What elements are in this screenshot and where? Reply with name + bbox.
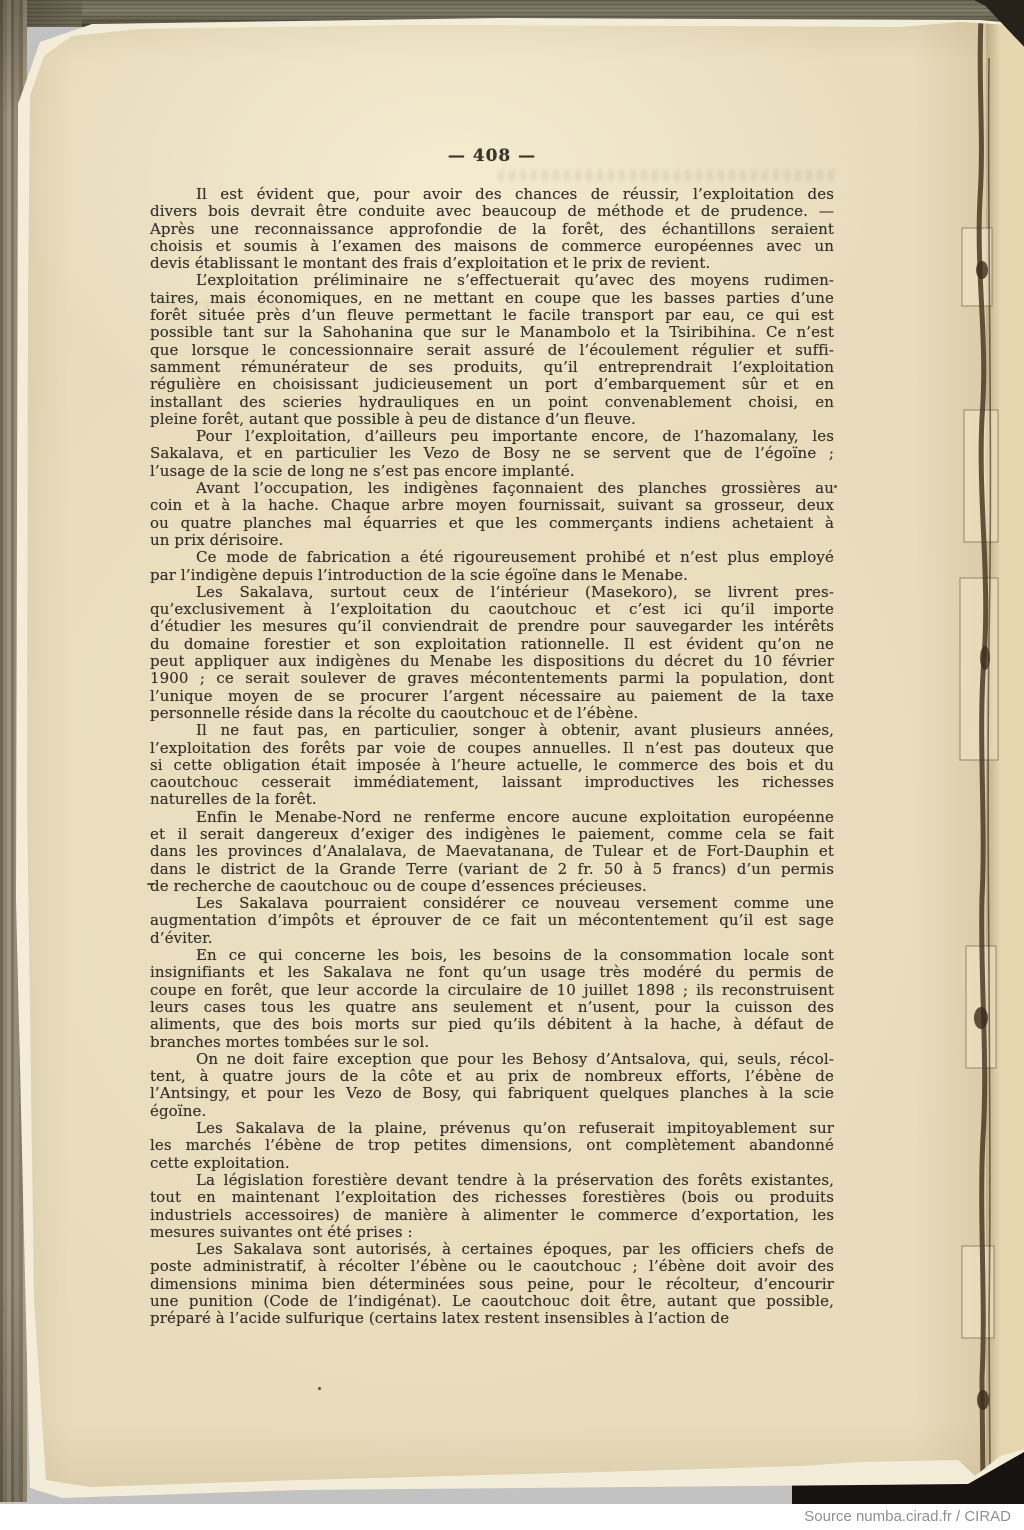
paragraph: Avant l’occupation, les indigènes façonn… — [150, 480, 834, 549]
page-number: — 408 — — [150, 146, 834, 166]
text-line: industriels accessoires) de manière à al… — [150, 1207, 834, 1224]
paragraph: Ce mode de fabrication a été rigoureusem… — [150, 549, 834, 584]
text-line: Avant l’occupation, les indigènes façonn… — [150, 480, 834, 497]
text-line: les marchés l’ébène de trop petites dime… — [150, 1137, 834, 1154]
book-scan: — 408 — Il est évident que, pour avoir d… — [0, 0, 1024, 1530]
text-line: leurs cases tous les quatre ans seulemen… — [150, 999, 834, 1016]
text-line: de recherche de caoutchouc ou de coupe d… — [150, 878, 834, 895]
text-line: coin et à la hache. Chaque arbre moyen f… — [150, 497, 834, 514]
text-line: branches mortes tombées sur le sol. — [150, 1034, 834, 1051]
text-line: possible tant sur la Sahohanina que sur … — [150, 324, 834, 341]
paragraph: En ce qui concerne les bois, les besoins… — [150, 947, 834, 1051]
ink-speck — [834, 485, 837, 488]
text-line: personnelle réside dans la récolte du ca… — [150, 705, 834, 722]
text-line: cette exploitation. — [150, 1155, 834, 1172]
text-line: samment rémunérateur de ses produits, qu… — [150, 359, 834, 376]
source-credit: Source numba.cirad.fr / CIRAD — [804, 1508, 1011, 1525]
text-line: poste administratif, à récolter l’ébène … — [150, 1258, 834, 1275]
text-line: Les Sakalava de la plaine, prévenus qu’o… — [150, 1120, 834, 1137]
text-line: que lorsque le concessionnaire serait as… — [150, 342, 834, 359]
text-line: régulière en choisissant judicieusement … — [150, 376, 834, 393]
text-line: une punition (Code de l’indigénat). Le c… — [150, 1293, 834, 1310]
text-line: En ce qui concerne les bois, les besoins… — [150, 947, 834, 964]
text-line: Pour l’exploitation, d’ailleurs peu impo… — [150, 428, 834, 445]
text-line: et il serait dangereux d’exiger des indi… — [150, 826, 834, 843]
text-line: Après une reconnaissance approfondie de … — [150, 221, 834, 238]
text-line: divers bois devrait être conduite avec b… — [150, 203, 834, 220]
text-line: insignifiants et les Sakalava ne font qu… — [150, 964, 834, 981]
binding-crack — [948, 18, 1024, 1488]
text-line: dimensions minima bien déterminées sous … — [150, 1276, 834, 1293]
text-line: Les Sakalava pourraient considérer ce no… — [150, 895, 834, 912]
paragraph: Pour l’exploitation, d’ailleurs peu impo… — [150, 428, 834, 480]
ink-speck — [318, 1387, 321, 1390]
verso-show-through — [498, 170, 834, 181]
text-line: Il ne faut pas, en particulier, songer à… — [150, 722, 834, 739]
text-line: L’exploitation préliminaire ne s’effectu… — [150, 272, 834, 289]
paragraph: Il est évident que, pour avoir des chanc… — [150, 186, 834, 272]
paragraph: L’exploitation préliminaire ne s’effectu… — [150, 272, 834, 428]
text-line: dans le district de la Grande Terre (var… — [150, 861, 834, 878]
text-line: qu’exclusivement à l’exploitation du cao… — [150, 601, 834, 618]
text-line: 1900 ; ce serait soulever de graves méco… — [150, 670, 834, 687]
text-line: Enfin le Menabe-Nord ne renferme encore … — [150, 809, 834, 826]
text-line: égoïne. — [150, 1103, 834, 1120]
text-line: si cette obligation était imposée à l’he… — [150, 757, 834, 774]
text-line: du domaine forestier et son exploitation… — [150, 636, 834, 653]
text-line: d’étudier les mesures qu’il conviendrait… — [150, 618, 834, 635]
text-line: caoutchouc cesserait immédiatement, lais… — [150, 774, 834, 791]
attribution-bar: Source numba.cirad.fr / CIRAD — [0, 1504, 1024, 1530]
text-line: un prix dérisoire. — [150, 532, 834, 549]
text-line: Sakalava, et en particulier les Vezo de … — [150, 445, 834, 462]
text-line: tent, à quatre jours de la côte et au pr… — [150, 1068, 834, 1085]
text-line: tout en maintenant l’exploitation des ri… — [150, 1189, 834, 1206]
text-line: d’éviter. — [150, 930, 834, 947]
text-line: Il est évident que, pour avoir des chanc… — [150, 186, 834, 203]
text-line: mesures suivantes ont été prises : — [150, 1224, 834, 1241]
book-page: — 408 — Il est évident que, pour avoir d… — [0, 0, 1024, 1510]
text-line: augmentation d’impôts et éprouver de ce … — [150, 912, 834, 929]
paragraph: Enfin le Menabe-Nord ne renferme encore … — [150, 809, 834, 895]
text-line: Les Sakalava, surtout ceux de l’intérieu… — [150, 584, 834, 601]
text-line: ou quatre planches mal équarries et que … — [150, 515, 834, 532]
text-line: préparé à l’acide sulfurique (certains l… — [150, 1310, 834, 1327]
text-line: Les Sakalava sont autorisés, à certaines… — [150, 1241, 834, 1258]
text-line: devis établissant le montant des frais d… — [150, 255, 834, 272]
text-line: l’usage de la scie de long ne s’est pas … — [150, 463, 834, 480]
text-line: l’Antsingy, et pour les Vezo de Bosy, qu… — [150, 1085, 834, 1102]
text-line: coupe en forêt, que leur accorde la circ… — [150, 982, 834, 999]
paragraph: On ne doit faire exception que pour les … — [150, 1051, 834, 1120]
text-line: La législation forestière devant tendre … — [150, 1172, 834, 1189]
text-line: aliments, que des bois morts sur pied qu… — [150, 1016, 834, 1033]
paragraph: Les Sakalava de la plaine, prévenus qu’o… — [150, 1120, 834, 1172]
paragraph: Les Sakalava, surtout ceux de l’intérieu… — [150, 584, 834, 722]
text-line: taires, mais économiques, en ne mettant … — [150, 290, 834, 307]
text-line: l’unique moyen de se procurer l’argent n… — [150, 688, 834, 705]
text-line: par l’indigène depuis l’introduction de … — [150, 567, 834, 584]
paragraph: Les Sakalava pourraient considérer ce no… — [150, 895, 834, 947]
text-line: naturelles de la forêt. — [150, 791, 834, 808]
text-line: forêt située près d’un fleuve permettant… — [150, 307, 834, 324]
text-line: On ne doit faire exception que pour les … — [150, 1051, 834, 1068]
paragraph: Il ne faut pas, en particulier, songer à… — [150, 722, 834, 808]
text-line: l’exploitation des forêts par voie de co… — [150, 740, 834, 757]
paragraph: Les Sakalava sont autorisés, à certaines… — [150, 1241, 834, 1327]
text-line: installant des scieries hydrauliques en … — [150, 394, 834, 411]
text-line: pleine forêt, autant que possible à peu … — [150, 411, 834, 428]
text-line: dans les provinces d’Analalava, de Maeva… — [150, 843, 834, 860]
text-line: Ce mode de fabrication a été rigoureusem… — [150, 549, 834, 566]
text-line: choisis et soumis à l’examen des maisons… — [150, 238, 834, 255]
page-text: Il est évident que, pour avoir des chanc… — [150, 186, 834, 1328]
text-line: peut appliquer aux indigènes du Menabe l… — [150, 653, 834, 670]
paragraph: La législation forestière devant tendre … — [150, 1172, 834, 1241]
